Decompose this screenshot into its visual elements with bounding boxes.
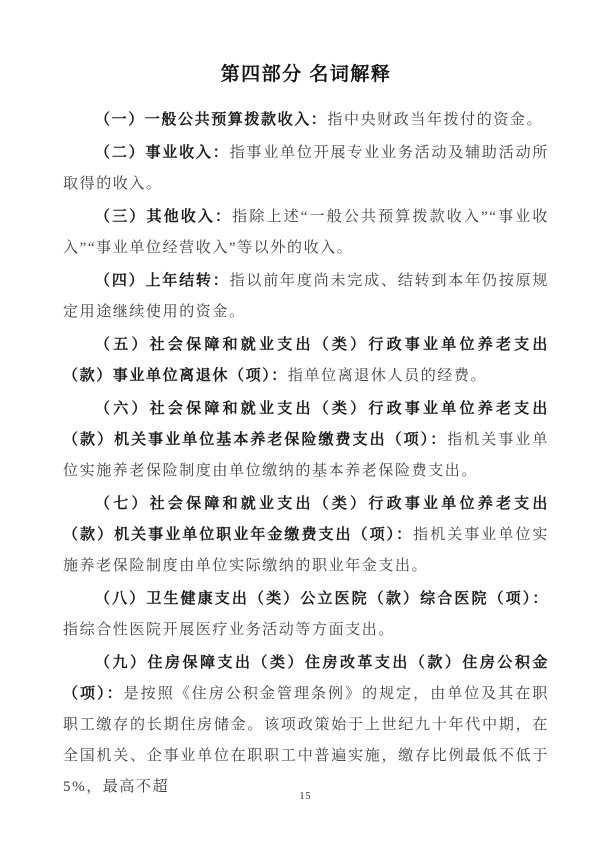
glossary-paragraph-2: （二）事业收入：指事业单位开展专业业务活动及辅助活动所取得的收入。 bbox=[63, 138, 549, 200]
page-number: 15 bbox=[0, 791, 611, 802]
glossary-paragraph-9: （九）住房保障支出（类）住房改革支出（款）住房公积金（项）：是按照《住房公积金管… bbox=[63, 648, 549, 803]
glossary-paragraph-8: （八）卫生健康支出（类）公立医院（款）综合医院（项）：指综合性医院开展医疗业务活… bbox=[63, 584, 549, 646]
term-definition: 指综合性医院开展医疗业务活动等方面支出。 bbox=[63, 622, 395, 638]
term-label: （二）事业收入： bbox=[95, 145, 230, 161]
glossary-paragraph-4: （四）上年结转：指以前年度尚未完成、结转到本年仍按原规定用途继续使用的资金。 bbox=[63, 266, 549, 328]
document-page: 第四部分 名词解释 （一）一般公共预算拨款收入：指中央财政当年拨付的资金。 （二… bbox=[0, 0, 611, 852]
term-label: （四）上年结转： bbox=[95, 273, 230, 289]
glossary-paragraph-6: （六）社会保障和就业支出（类）行政事业单位养老支出（款）机关事业单位基本养老保险… bbox=[63, 394, 549, 487]
glossary-paragraph-7: （七）社会保障和就业支出（类）行政事业单位养老支出（款）机关事业单位职业年金缴费… bbox=[63, 489, 549, 582]
term-definition: 指中央财政当年拨付的资金。 bbox=[327, 112, 543, 128]
section-title: 第四部分 名词解释 bbox=[63, 62, 549, 88]
glossary-paragraph-3: （三）其他收入：指除上述“一般公共预算拨款收入”“事业收入”“事业单位经营收入”… bbox=[63, 202, 549, 264]
term-label: （一）一般公共预算拨款收入： bbox=[95, 112, 327, 128]
term-label: （八）卫生健康支出（类）公立医院（款）综合医院（项）： bbox=[95, 591, 549, 607]
glossary-paragraph-5: （五）社会保障和就业支出（类）行政事业单位养老支出（款）事业单位离退休（项）：指… bbox=[63, 330, 549, 392]
term-definition: 是按照《住房公积金管理条例》的规定，由单位及其在职职工缴存的长期住房储金。该项政… bbox=[63, 686, 549, 795]
term-definition: 指单位离退休人员的经费。 bbox=[288, 368, 487, 384]
term-label: （三）其他收入： bbox=[95, 209, 232, 225]
glossary-paragraph-1: （一）一般公共预算拨款收入：指中央财政当年拨付的资金。 bbox=[63, 105, 549, 136]
